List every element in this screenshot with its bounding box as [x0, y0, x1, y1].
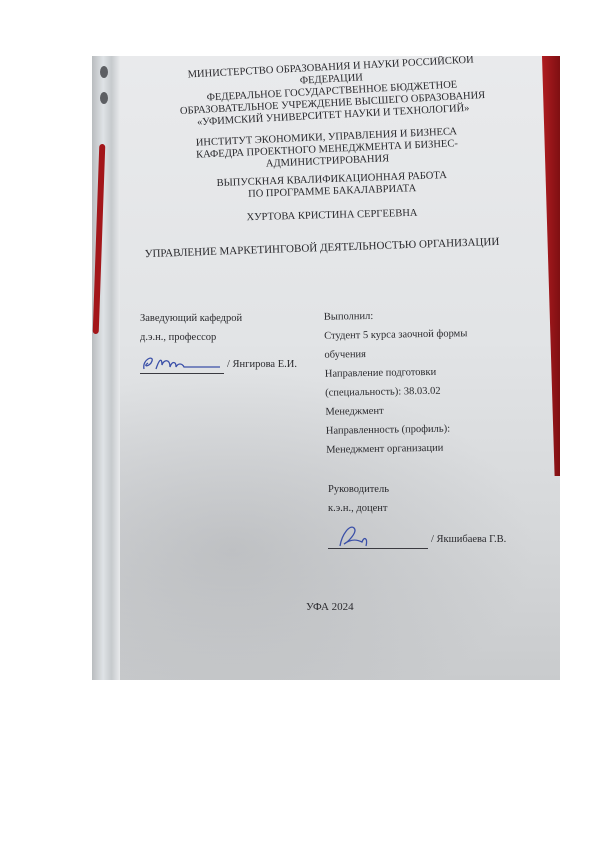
hod-degree: д.э.н., профессор: [140, 328, 310, 347]
supervisor-signature-row: / Якшибаева Г.В.: [328, 530, 528, 549]
author-name: ХУРТОВА КРИСТИНА СЕРГЕЕВНА: [182, 206, 482, 226]
thesis-title: УПРАВЛЕНИЕ МАРКЕТИНГОВОЙ ДЕЯТЕЛЬНОСТЬЮ О…: [142, 236, 502, 261]
institute-block: ИНСТИТУТ ЭКОНОМИКИ, УПРАВЛЕНИЯ И БИЗНЕСА…: [161, 125, 492, 175]
signature-line: [328, 532, 428, 549]
supervisor-role: Руководитель: [328, 480, 528, 499]
performed-by-block: Выполнил: Студент 5 курса заочной формы …: [324, 304, 527, 459]
hod-signature-row: / Янгирова Е.И.: [140, 355, 310, 374]
supervisor-name: / Якшибаева Г.В.: [431, 530, 506, 549]
profile-name: Менеджмент организации: [326, 437, 526, 459]
hod-role: Заведующий кафедрой: [140, 309, 310, 328]
work-type-block: ВЫПУСКНАЯ КВАЛИФИКАЦИОННАЯ РАБОТА ПО ПРО…: [182, 169, 483, 203]
signature-line: [140, 357, 224, 374]
signature-icon: [140, 353, 224, 375]
head-of-department-block: Заведующий кафедрой д.э.н., профессор / …: [140, 309, 310, 374]
city-year: УФА 2024: [306, 601, 354, 613]
document-photo: МИНИСТЕРСТВО ОБРАЗОВАНИЯ И НАУКИ РОССИЙС…: [92, 56, 560, 680]
ministry-header: МИНИСТЕРСТВО ОБРАЗОВАНИЯ И НАУКИ РОССИЙС…: [161, 56, 504, 131]
title-page: МИНИСТЕРСТВО ОБРАЗОВАНИЯ И НАУКИ РОССИЙС…: [92, 56, 560, 680]
hod-name: / Янгирова Е.И.: [227, 355, 297, 374]
supervisor-block: Руководитель к.э.н., доцент / Якшибаева …: [328, 480, 528, 549]
supervisor-degree: к.э.н., доцент: [328, 499, 528, 518]
signature-icon: [328, 520, 428, 550]
